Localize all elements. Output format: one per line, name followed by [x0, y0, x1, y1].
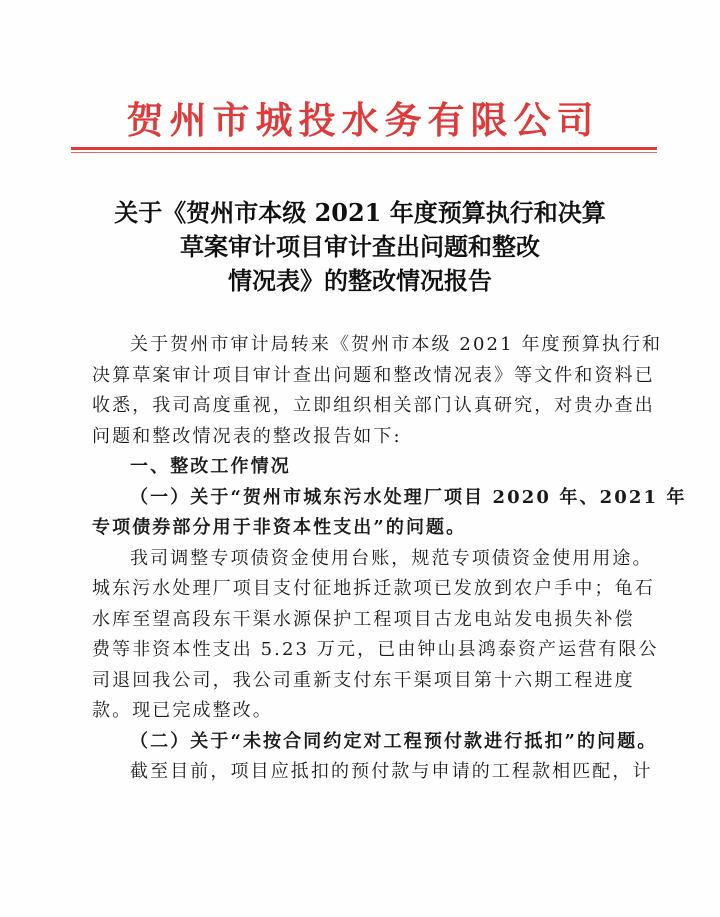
item2-heading: （二）关于“未按合同约定对工程预付款进行抵扣”的问题。 — [92, 727, 632, 758]
item1-body-line-4: 费等非资本性支出 5.23 万元，已由钟山县鸿泰资产运营有限公 — [92, 635, 632, 666]
intro-line-1: 关于贺州市审计局转来《贺州市本级 2021 年度预算执行和 — [92, 330, 632, 361]
letterhead-red-rule-thin — [71, 152, 657, 153]
letterhead-company-name: 贺州市城投水务有限公司 — [0, 97, 720, 143]
item1-body-line-2: 城东污水处理厂项目支付征地拆迁款项已发放到农户手中；龟石 — [92, 574, 632, 605]
document-title: 关于《贺州市本级 2021 年度预算执行和决算 草案审计项目审计查出问题和整改 … — [80, 196, 640, 298]
item1-body-line-5: 司退回我公司，我公司重新支付东干渠项目第十六期工程进度 — [92, 666, 632, 697]
section-heading-1: 一、整改工作情况 — [92, 452, 632, 483]
document-page: 贺州市城投水务有限公司 关于《贺州市本级 2021 年度预算执行和决算 草案审计… — [0, 0, 720, 917]
letterhead-red-rule-thick — [71, 147, 657, 150]
item1-body-line-6: 款。现已完成整改。 — [92, 696, 632, 727]
document-body: 关于贺州市审计局转来《贺州市本级 2021 年度预算执行和 决算草案审计项目审计… — [92, 330, 632, 788]
item1-heading-line-1: （一）关于“贺州市城东污水处理厂项目 2020 年、2021 年 — [92, 483, 632, 514]
item1-heading-line-2: 专项债券部分用于非资本性支出”的问题。 — [92, 513, 632, 544]
item1-body-line-3: 水库至望高段东干渠水源保护工程项目古龙电站发电损失补偿 — [92, 605, 632, 636]
intro-line-3: 收悉，我司高度重视，立即组织相关部门认真研究，对贵办查出 — [92, 391, 632, 422]
title-line-2: 草案审计项目审计查出问题和整改 — [80, 230, 640, 264]
item2-body-line-1: 截至目前，项目应抵扣的预付款与申请的工程款相匹配，计 — [92, 757, 632, 788]
title-line-3: 情况表》的整改情况报告 — [80, 264, 640, 298]
intro-line-4: 问题和整改情况表的整改报告如下: — [92, 422, 632, 453]
item1-body-line-1: 我司调整专项债资金使用台账，规范专项债资金使用用途。 — [92, 544, 632, 575]
intro-line-2: 决算草案审计项目审计查出问题和整改情况表》等文件和资料已 — [92, 361, 632, 392]
title-line-1: 关于《贺州市本级 2021 年度预算执行和决算 — [80, 196, 640, 230]
